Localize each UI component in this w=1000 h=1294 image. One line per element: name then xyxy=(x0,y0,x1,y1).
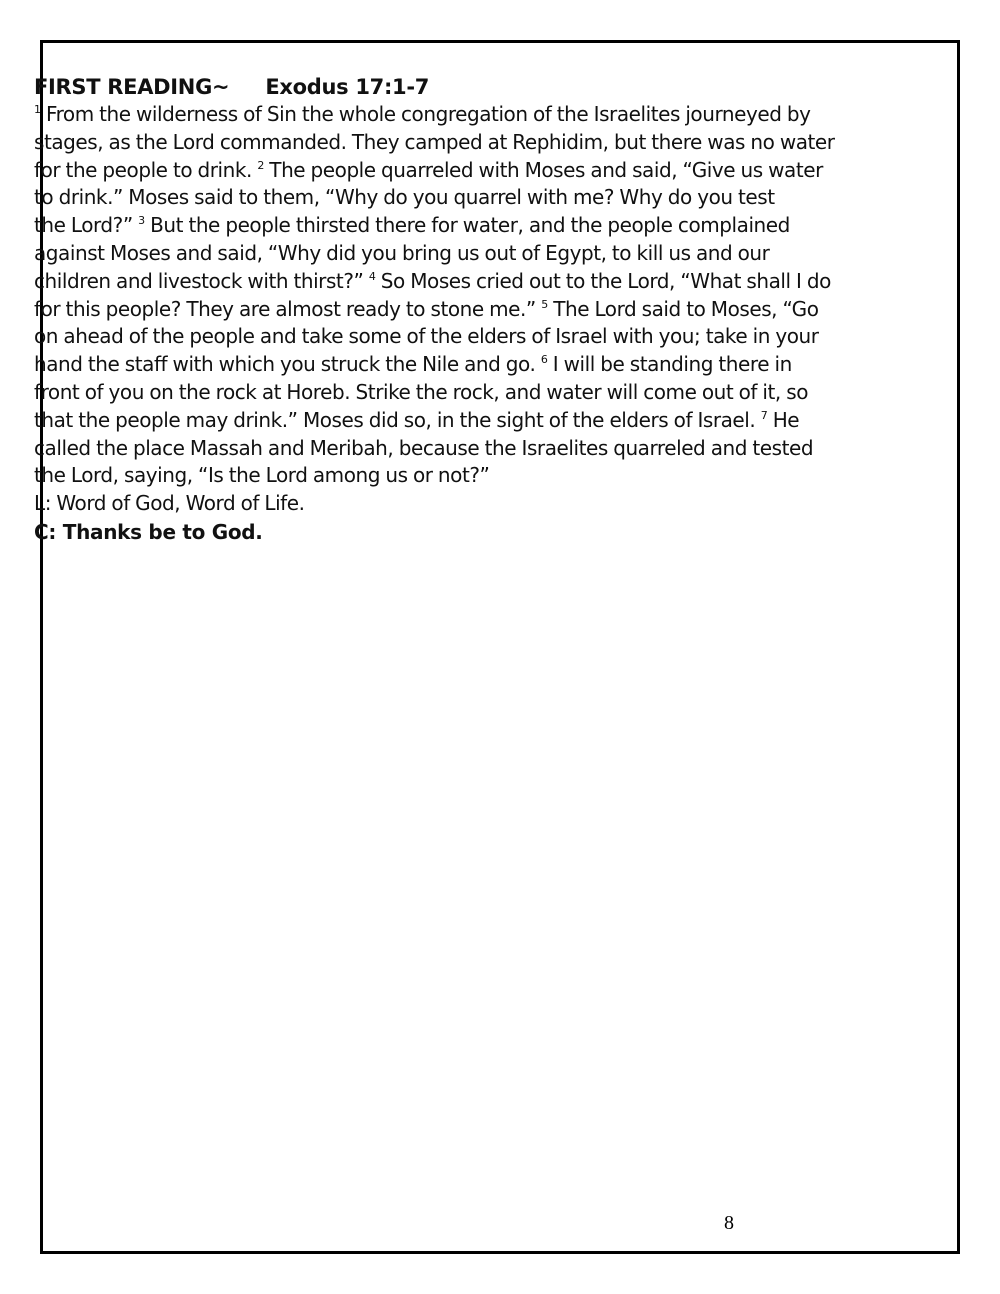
reading-line: to drink.” Moses said to them, “Why do y… xyxy=(34,184,914,212)
reading-section: FIRST READING~Exodus 17:1-7 1 From the w… xyxy=(34,73,914,546)
verse-text: I will be standing there in xyxy=(547,352,791,376)
verse-text: the Lord, saying, “Is the Lord among us … xyxy=(34,463,489,487)
verse-text: So Moses cried out to the Lord, “What sh… xyxy=(375,269,831,293)
page-number: 8 xyxy=(724,1212,734,1235)
verse-text: hand the staff with which you struck the… xyxy=(34,352,541,376)
verse-text: children and livestock with thirst?” xyxy=(34,269,369,293)
reading-line: against Moses and said, “Why did you bri… xyxy=(34,240,914,268)
reading-line: children and livestock with thirst?” 4 S… xyxy=(34,268,914,296)
verse-text: From the wilderness of Sin the whole con… xyxy=(41,102,811,126)
verse-text: He xyxy=(767,408,799,432)
reading-heading: FIRST READING~Exodus 17:1-7 xyxy=(34,73,914,101)
verse-text: The people quarreled with Moses and said… xyxy=(264,158,823,182)
reading-line: for the people to drink. 2 The people qu… xyxy=(34,157,914,185)
congregation-response: C: Thanks be to God. xyxy=(34,518,914,546)
verse-text: The Lord said to Moses, “Go xyxy=(548,297,819,321)
reading-line: called the place Massah and Meribah, bec… xyxy=(34,435,914,463)
leader-response: L: Word of God, Word of Life. xyxy=(34,490,914,518)
verse-text: for the people to drink. xyxy=(34,158,257,182)
reading-body: 1 From the wilderness of Sin the whole c… xyxy=(34,101,914,490)
reading-line: stages, as the Lord commanded. They camp… xyxy=(34,129,914,157)
reading-line: the Lord, saying, “Is the Lord among us … xyxy=(34,462,914,490)
verse-text: that the people may drink.” Moses did so… xyxy=(34,408,761,432)
verse-text: to drink.” Moses said to them, “Why do y… xyxy=(34,185,775,209)
verse-text: for this people? They are almost ready t… xyxy=(34,297,541,321)
verse-text: stages, as the Lord commanded. They camp… xyxy=(34,130,835,154)
reading-line: front of you on the rock at Horeb. Strik… xyxy=(34,379,914,407)
reading-line: that the people may drink.” Moses did so… xyxy=(34,407,914,435)
reading-title: FIRST READING~ xyxy=(34,75,229,99)
reading-line: 1 From the wilderness of Sin the whole c… xyxy=(34,101,914,129)
verse-text: the Lord?” xyxy=(34,213,138,237)
verse-text: called the place Massah and Meribah, bec… xyxy=(34,436,813,460)
scripture-reference: Exodus 17:1-7 xyxy=(265,75,429,99)
reading-line: for this people? They are almost ready t… xyxy=(34,296,914,324)
reading-line: hand the staff with which you struck the… xyxy=(34,351,914,379)
verse-text: front of you on the rock at Horeb. Strik… xyxy=(34,380,808,404)
verse-text: But the people thirsted there for water,… xyxy=(145,213,790,237)
verse-text: on ahead of the people and take some of … xyxy=(34,324,819,348)
reading-line: the Lord?” 3 But the people thirsted the… xyxy=(34,212,914,240)
reading-line: on ahead of the people and take some of … xyxy=(34,323,914,351)
verse-text: against Moses and said, “Why did you bri… xyxy=(34,241,769,265)
